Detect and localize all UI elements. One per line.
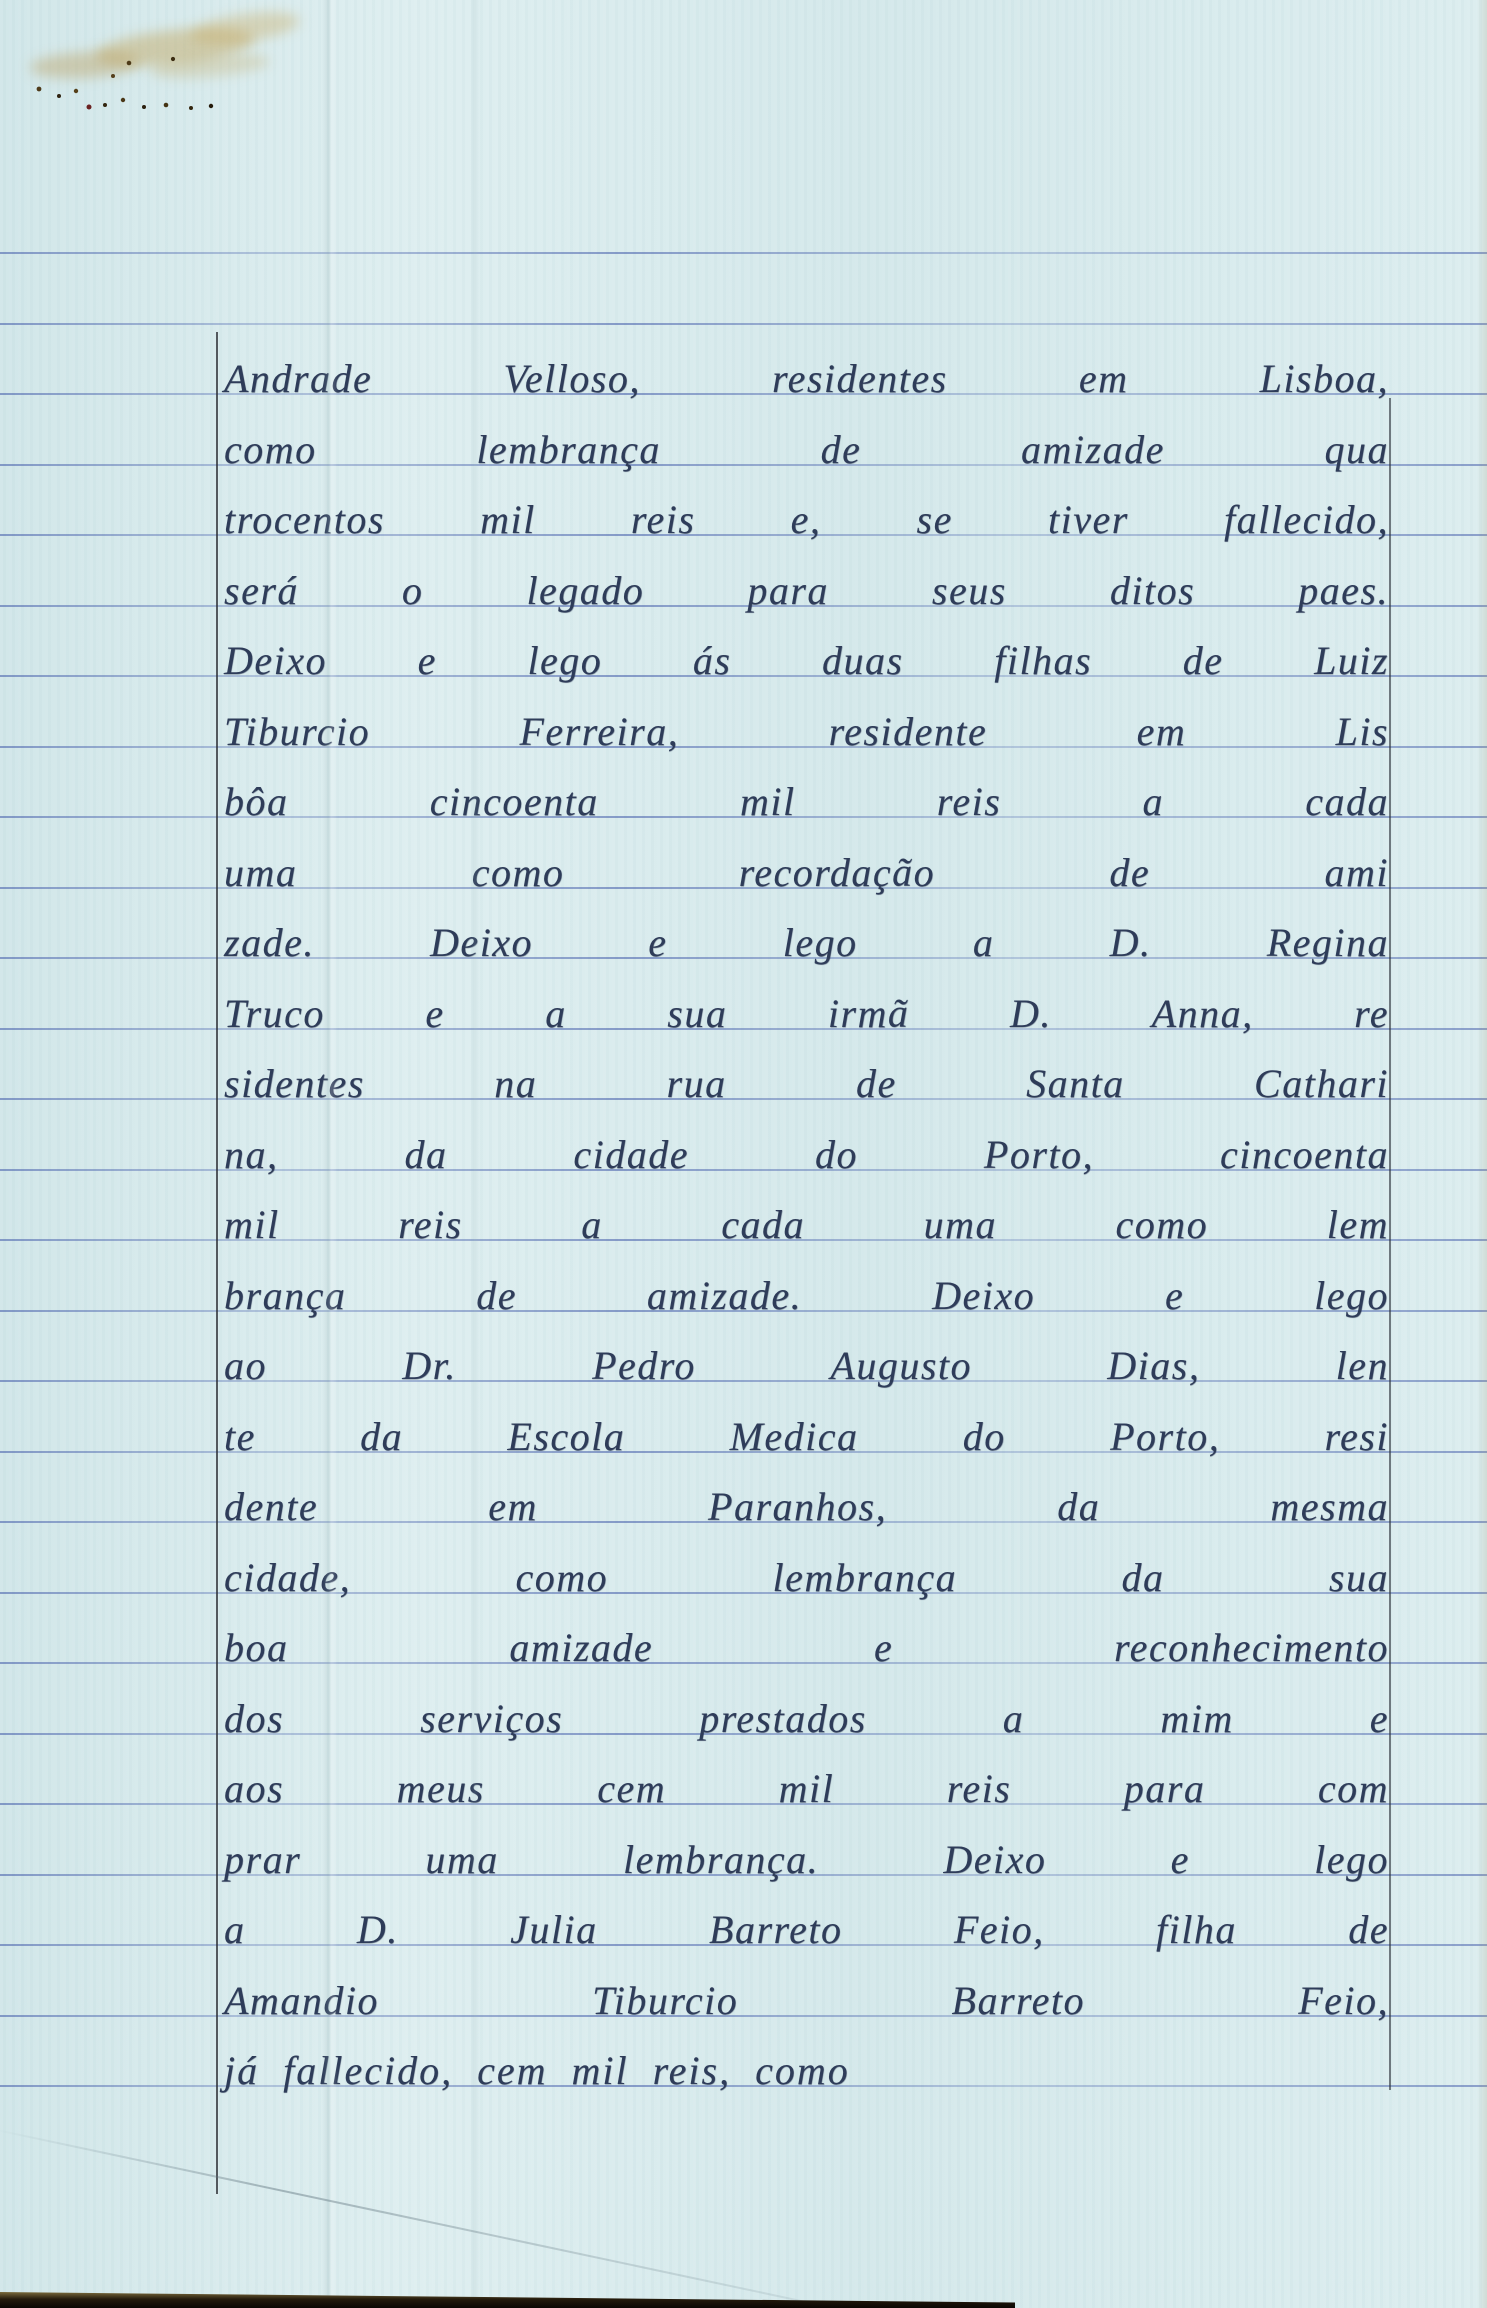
manuscript-line: Tiburcio Ferreira, residente em Lis	[224, 709, 1389, 755]
manuscript-page: Andrade Velloso, residentes em Lisboa,co…	[0, 0, 1487, 2308]
stain-blob	[29, 49, 140, 81]
manuscript-line: aos meus cem mil reis para com	[224, 1766, 1389, 1812]
manuscript-line: será o legado para seus ditos paes.	[224, 568, 1389, 614]
left-margin-line	[216, 332, 218, 2194]
manuscript-line: brança de amizade. Deixo e lego	[224, 1273, 1389, 1319]
page-edge-shadow	[0, 2292, 1015, 2308]
manuscript-line: trocentos mil reis e, se tiver fallecido…	[224, 497, 1389, 543]
paper-crease	[0, 2128, 804, 2303]
stain-mark	[0, 0, 340, 130]
manuscript-line: Truco e a sua irmã D. Anna, re	[224, 991, 1389, 1037]
ruled-line	[0, 323, 1487, 325]
page-edge-shading	[1477, 0, 1487, 2308]
manuscript-line: boa amizade e reconhecimento	[224, 1625, 1389, 1671]
ruled-line	[0, 252, 1487, 254]
paper-fold	[322, 0, 338, 2308]
manuscript-line: zade. Deixo e lego a D. Regina	[224, 920, 1389, 966]
manuscript-line: prar uma lembrança. Deixo e lego	[224, 1837, 1389, 1883]
manuscript-line: dos serviços prestados a mim e	[224, 1696, 1389, 1742]
stain-specks	[0, 0, 2, 2]
manuscript-line: uma como recordação de ami	[224, 850, 1389, 896]
manuscript-line: na, da cidade do Porto, cincoenta	[224, 1132, 1389, 1178]
manuscript-line: Andrade Velloso, residentes em Lisboa,	[224, 356, 1389, 402]
manuscript-line: ao Dr. Pedro Augusto Dias, len	[224, 1343, 1389, 1389]
manuscript-line: Deixo e lego ás duas filhas de Luiz	[224, 638, 1389, 684]
manuscript-line: sidentes na rua de Santa Cathari	[224, 1061, 1389, 1107]
manuscript-line: a D. Julia Barreto Feio, filha de	[224, 1907, 1389, 1953]
manuscript-line: cidade, como lembrança da sua	[224, 1555, 1389, 1601]
manuscript-line: bôa cincoenta mil reis a cada	[224, 779, 1389, 825]
manuscript-line: mil reis a cada uma como lem	[224, 1202, 1389, 1248]
manuscript-line: te da Escola Medica do Porto, resi	[224, 1414, 1389, 1460]
right-margin-line	[1389, 398, 1391, 2090]
manuscript-line: já fallecido, cem mil reis, como	[224, 2048, 1244, 2094]
paper-fold	[470, 0, 480, 2308]
manuscript-line: Amandio Tiburcio Barreto Feio,	[224, 1978, 1389, 2024]
manuscript-line: dente em Paranhos, da mesma	[224, 1484, 1389, 1530]
manuscript-line: como lembrança de amizade qua	[224, 427, 1389, 473]
